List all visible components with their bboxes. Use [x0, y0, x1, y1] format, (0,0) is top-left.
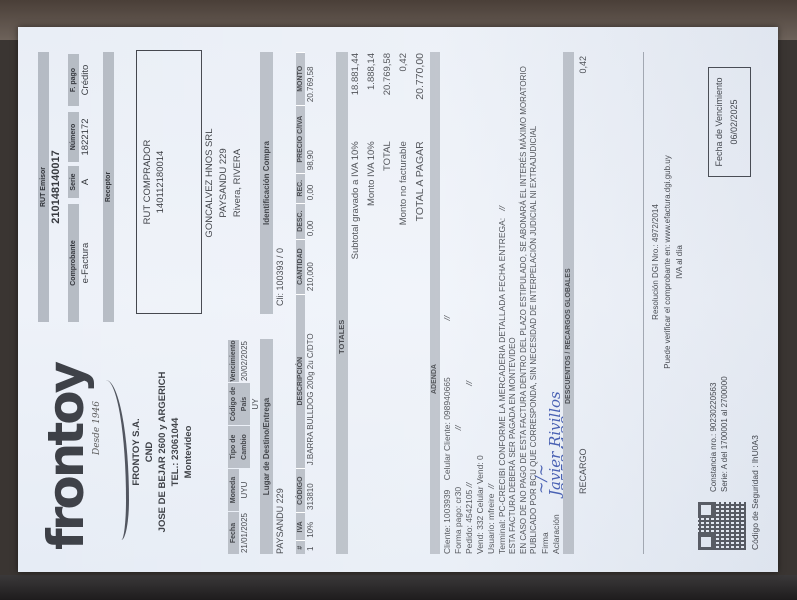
emitter-block: FRONTOY S.A. CND JOSE DE BEJAR 2600 y AR…: [130, 352, 195, 552]
emitter-name: FRONTOY S.A.: [130, 352, 143, 552]
comprobante-value: e-Factura: [79, 204, 93, 322]
item-codigo: 313810: [305, 468, 316, 513]
item-iva: 10%: [305, 513, 316, 541]
logo-swoosh-icon: [98, 380, 129, 540]
total-value: 0,42: [396, 52, 412, 121]
adenda-block: ADENDA Cliente: 1003939 Celular Cliente:…: [430, 52, 574, 554]
emitter-phone: TEL.: 23061044: [169, 352, 182, 552]
total-label: TOTAL: [380, 121, 396, 319]
document-info-row: Fecha21/01/2025MonedaUYUTipo de CambioCó…: [228, 339, 262, 554]
item-cantidad: 210,000: [305, 239, 316, 294]
footer-dgi: Resolución DGI Nro.: 4972/2014 Puede ver…: [650, 112, 686, 412]
fecha-header: Fecha: [228, 512, 239, 554]
col-rec: REC.: [296, 173, 305, 203]
comprobante-row: Comprobante e-Factura Serie A Número 182…: [68, 52, 93, 322]
col-desc: DESC.: [296, 203, 305, 239]
total-row: Subtotal gravado a IVA 10%18.881,44: [348, 52, 364, 319]
destino-value: PAYSANDU 229: [273, 339, 287, 554]
adenda-mark: //: [442, 316, 452, 321]
col-cantidad: CANTIDAD: [296, 239, 305, 294]
rut-emisor-block: RUT Emisor 210148140017 Comprobante e-Fa…: [38, 52, 114, 322]
total-row: Monto no facturable0,42: [396, 52, 412, 319]
constancia-nro: Constancia nro.: 90230220563: [708, 376, 719, 492]
vencimiento-value: 20/02/2025: [239, 340, 251, 382]
comprobante-header: Comprobante: [68, 204, 79, 322]
serie-value: A: [79, 166, 93, 198]
legal-line: EN CASO DE NO PAGO DE ESTA FACTURA DENTR…: [519, 52, 530, 554]
footer-constancia: Constancia nro.: 90230220563 Serie: A de…: [708, 376, 730, 492]
logo-wordmark: frontoy: [36, 375, 96, 550]
logo-tagline: Desde 1946: [92, 401, 102, 455]
fecha-vencimiento-box: Fecha de Vencimiento 06/02/2025: [708, 67, 751, 177]
adenda-mark: //: [453, 425, 463, 430]
descuentos-block: DESCUENTOS / RECARGOS GLOBALES RECARGO 0…: [563, 52, 590, 554]
adenda-mark: //: [497, 206, 507, 211]
total-value: 18.881,44: [348, 52, 364, 121]
receptor-details: GONCALVEZ HNOS SRL PAYSANDU 229 Rivera, …: [203, 52, 245, 314]
receptor-rut-box: RUT COMPRADOR 140112180014: [136, 50, 202, 314]
total-a-pagar-row: TOTAL A PAGAR20.770,00: [412, 52, 428, 319]
qr-code-icon: [698, 502, 746, 550]
destino-label: Lugar de Destino/Entrega: [260, 339, 273, 554]
col-monto: MONTO: [296, 53, 305, 106]
totales-block: TOTALES Subtotal gravado a IVA 10%18.881…: [336, 52, 428, 554]
total-label: Monto no facturable: [396, 121, 412, 319]
adenda-cliente: Cliente: 1003939: [442, 490, 452, 554]
adenda-forma-pago: Forma pago: cr30: [453, 487, 463, 554]
adenda-terminal: Terminal: PC-CRECIBI CONFORME LA MERCADE…: [497, 218, 507, 554]
frontoy-logo: frontoy Desde 1946: [36, 375, 131, 550]
forma-pago-value: Crédito: [79, 54, 93, 106]
adenda-celular-cliente: Celular Cliente: 098940665: [442, 377, 452, 480]
vencimiento-header: Vencimiento: [228, 340, 239, 382]
adenda-mark: //: [464, 381, 474, 386]
recargo-row: RECARGO 0,42: [574, 52, 590, 554]
item-descripcion: J.BARRA BULLDOG 200g 2u C/DTO: [305, 294, 316, 468]
totales-table: Subtotal gravado a IVA 10%18.881,44 Mont…: [348, 52, 428, 319]
items-table: # IVA CÓDIGO DESCRIPCIÓN CANTIDAD DESC. …: [296, 52, 316, 554]
legal-line: ESTA FACTURA DEBERÁ SER PAGADA EN MONTEV…: [508, 52, 519, 554]
adenda-label: ADENDA: [430, 52, 440, 554]
serie-range: Serie: A del 1700001 al 2700000: [719, 376, 730, 492]
item-monto: 20.769,58: [305, 53, 316, 106]
forma-pago-header: F. pago: [68, 54, 79, 106]
rut-emisor-value: 210148140017: [49, 52, 64, 322]
total-row: TOTAL20.769,58: [380, 52, 396, 319]
identificacion-label: Identificación Compra: [260, 52, 273, 314]
numero-header: Número: [68, 112, 79, 162]
emitter-branch: CND: [143, 352, 156, 552]
item-rec: 0,00: [305, 173, 316, 203]
invoice-paper: frontoy Desde 1946 FRONTOY S.A. CND JOSE…: [18, 27, 778, 572]
receptor-label: Receptor: [103, 52, 114, 322]
total-label: Monto IVA 10%: [364, 121, 380, 319]
fecha-value: 21/01/2025: [239, 512, 251, 554]
col-iva: IVA: [296, 513, 305, 541]
total-value: 1.888,14: [364, 52, 380, 121]
adenda-content: Cliente: 1003939 Celular Cliente: 098940…: [442, 52, 574, 554]
moneda-header: Moneda: [228, 469, 239, 511]
col-num: #: [296, 541, 305, 554]
serie-header: Serie: [68, 166, 79, 198]
item-num: 1: [305, 541, 316, 554]
adenda-mark: //: [464, 483, 474, 488]
total-row: Monto IVA 10%1.888,14: [364, 52, 380, 319]
col-codigo: CÓDIGO: [296, 468, 305, 513]
adenda-usuario: Usuario: mfreire: [486, 494, 496, 554]
item-precio: 98,90: [305, 105, 316, 173]
receptor-rut-label: RUT COMPRADOR: [141, 51, 154, 313]
table-row: 1 10% 313810 J.BARRA BULLDOG 200g 2u C/D…: [305, 53, 316, 555]
destino-block: Lugar de Destino/Entrega PAYSANDU 229: [260, 339, 287, 554]
adenda-vendedor: Vend: 332 Celular Vend: 0: [475, 455, 485, 554]
receptor-name: GONCALVEZ HNOS SRL: [203, 52, 217, 314]
totales-label: TOTALES: [336, 52, 348, 554]
item-desc: 0,00: [305, 203, 316, 239]
fecha-vencimiento-value: 06/02/2025: [727, 68, 742, 176]
items-header-row: # IVA CÓDIGO DESCRIPCIÓN CANTIDAD DESC. …: [296, 53, 305, 555]
total-label: Subtotal gravado a IVA 10%: [348, 121, 364, 319]
photo-background-bottom: [0, 575, 797, 600]
receptor-address: PAYSANDU 229: [217, 52, 231, 314]
col-precio: PRECIO C/IVA: [296, 105, 305, 173]
recargo-label: RECARGO: [576, 448, 590, 494]
fecha-vencimiento-label: Fecha de Vencimiento: [712, 68, 727, 176]
adenda-mark: //: [486, 484, 496, 489]
iva-al-dia: IVA al día: [674, 112, 686, 412]
total-a-pagar-label: TOTAL A PAGAR: [412, 121, 428, 319]
descuentos-label: DESCUENTOS / RECARGOS GLOBALES: [563, 52, 574, 554]
receptor-rut-value: 140112180014: [154, 51, 167, 313]
numero-value: 1822172: [79, 112, 93, 162]
footer-divider: [643, 52, 644, 554]
recargo-value: 0,42: [576, 56, 590, 74]
tipo-cambio-header: Tipo de Cambio: [228, 426, 250, 468]
rut-emisor-label: RUT Emisor: [38, 52, 49, 322]
adenda-pedido: Pedido: 4542105: [464, 490, 474, 554]
emitter-city: Montevideo: [182, 352, 195, 552]
total-value: 20.769,58: [380, 52, 396, 121]
col-descripcion: DESCRIPCIÓN: [296, 294, 305, 468]
identificacion-value: Cli: 100393 / 0: [273, 52, 287, 314]
emitter-address: JOSE DE BEJAR 2600 y ARGERICH: [156, 352, 169, 552]
codigo-seguridad: Código de Seguridad : lhU0A3: [750, 435, 760, 550]
moneda-value: UYU: [239, 469, 251, 511]
identificacion-block: Identificación Compra Cli: 100393 / 0: [260, 52, 287, 314]
resolucion-dgi: Resolución DGI Nro.: 4972/2014: [650, 112, 662, 412]
codigo-pais-header: Código de País: [228, 383, 250, 425]
verificar-url: Puede verificar el comprobante en: www.e…: [662, 112, 674, 412]
receptor-city: Rivera, RIVERA: [231, 52, 245, 314]
total-a-pagar-value: 20.770,00: [412, 52, 428, 121]
